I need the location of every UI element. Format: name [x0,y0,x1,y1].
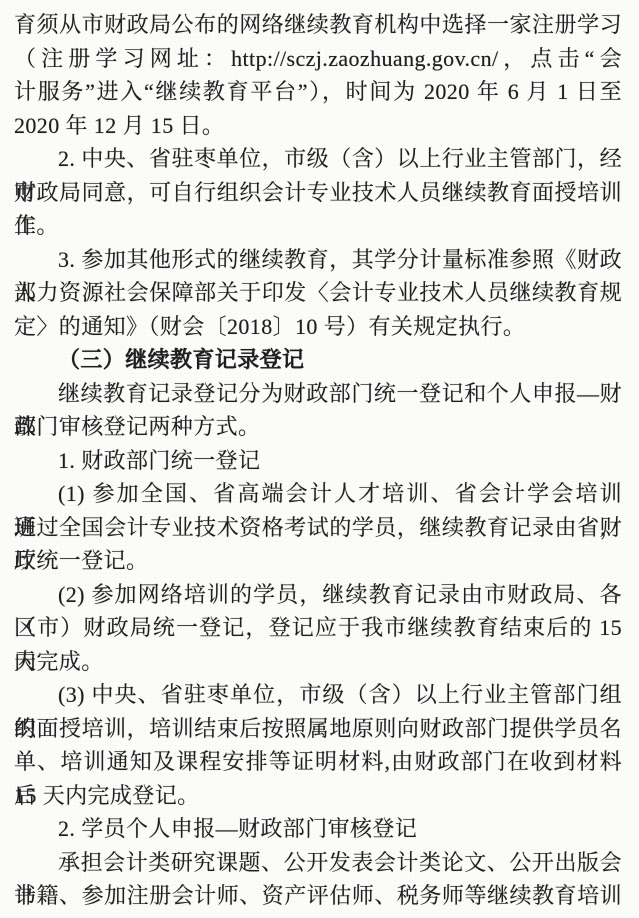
text-line: (2) 参加网络培训的学员，继续教育记录由市财政局、各区 [14,578,622,612]
text-line: 的面授培训，培训结束后按照属地原则向财政部门提供学员名 [14,712,622,746]
text-line: 3. 参加其他形式的继续教育，其学分计量标准参照《财政部 [14,243,622,277]
text-line: （三）继续教育记录登记 [14,343,622,377]
text-line: （市）财政局统一登记，登记应于我市继续教育结束后的 15 天 [14,611,622,645]
text-line: 育须从市财政局公布的网络继续教育机构中选择一家注册学习 [14,8,622,42]
text-line: 厅统一登记。 [14,544,622,578]
text-line: 财政局同意，可自行组织会计专业技术人员继续教育面授培训工 [14,176,622,210]
text-line: 承担会计类研究课题、公开发表会计类论文、公开出版会计 [14,846,622,880]
text-line: 人力资源社会保障部关于印发〈会计专业技术人员继续教育规 [14,276,622,310]
text-line: 作。 [14,209,622,243]
text-line: 书籍、参加注册会计师、资产评估师、税务师等继续教育培训的， [14,879,622,913]
text-line: 15 天内完成登记。 [14,779,622,813]
text-line: 部门审核登记两种方式。 [14,410,622,444]
text-line: 单、培训通知及课程安排等证明材料,由财政部门在收到材料后 [14,745,622,779]
text-line: 计服务”进入“继续教育平台”），时间为 2020 年 6 月 1 日至 [14,75,622,109]
text-line: 通过全国会计专业技术资格考试的学员，继续教育记录由省财政 [14,511,622,545]
text-line: (3) 中央、省驻枣单位，市级（含）以上行业主管部门组织 [14,678,622,712]
text-line: (1) 参加全国、省高端会计人才培训、省会计学会培训班， [14,477,622,511]
text-line: 1. 财政部门统一登记 [14,444,622,478]
text-line: 2. 中央、省驻枣单位，市级（含）以上行业主管部门，经市 [14,142,622,176]
text-lines: 育须从市财政局公布的网络继续教育机构中选择一家注册学习（注册学习网址：http:… [14,8,622,913]
document-page: 育须从市财政局公布的网络继续教育机构中选择一家注册学习（注册学习网址：http:… [0,0,639,918]
text-line: 2. 学员个人申报—财政部门审核登记 [14,812,622,846]
text-line: （注册学习网址：http://sczj.zaozhuang.gov.cn/，点击… [14,42,622,76]
text-line: 继续教育记录登记分为财政部门统一登记和个人申报—财政 [14,377,622,411]
text-line: 定〉的通知》（财会〔2018〕10 号）有关规定执行。 [14,310,622,344]
text-line: 2020 年 12 月 15 日。 [14,109,622,143]
text-line: 内完成。 [14,645,622,679]
